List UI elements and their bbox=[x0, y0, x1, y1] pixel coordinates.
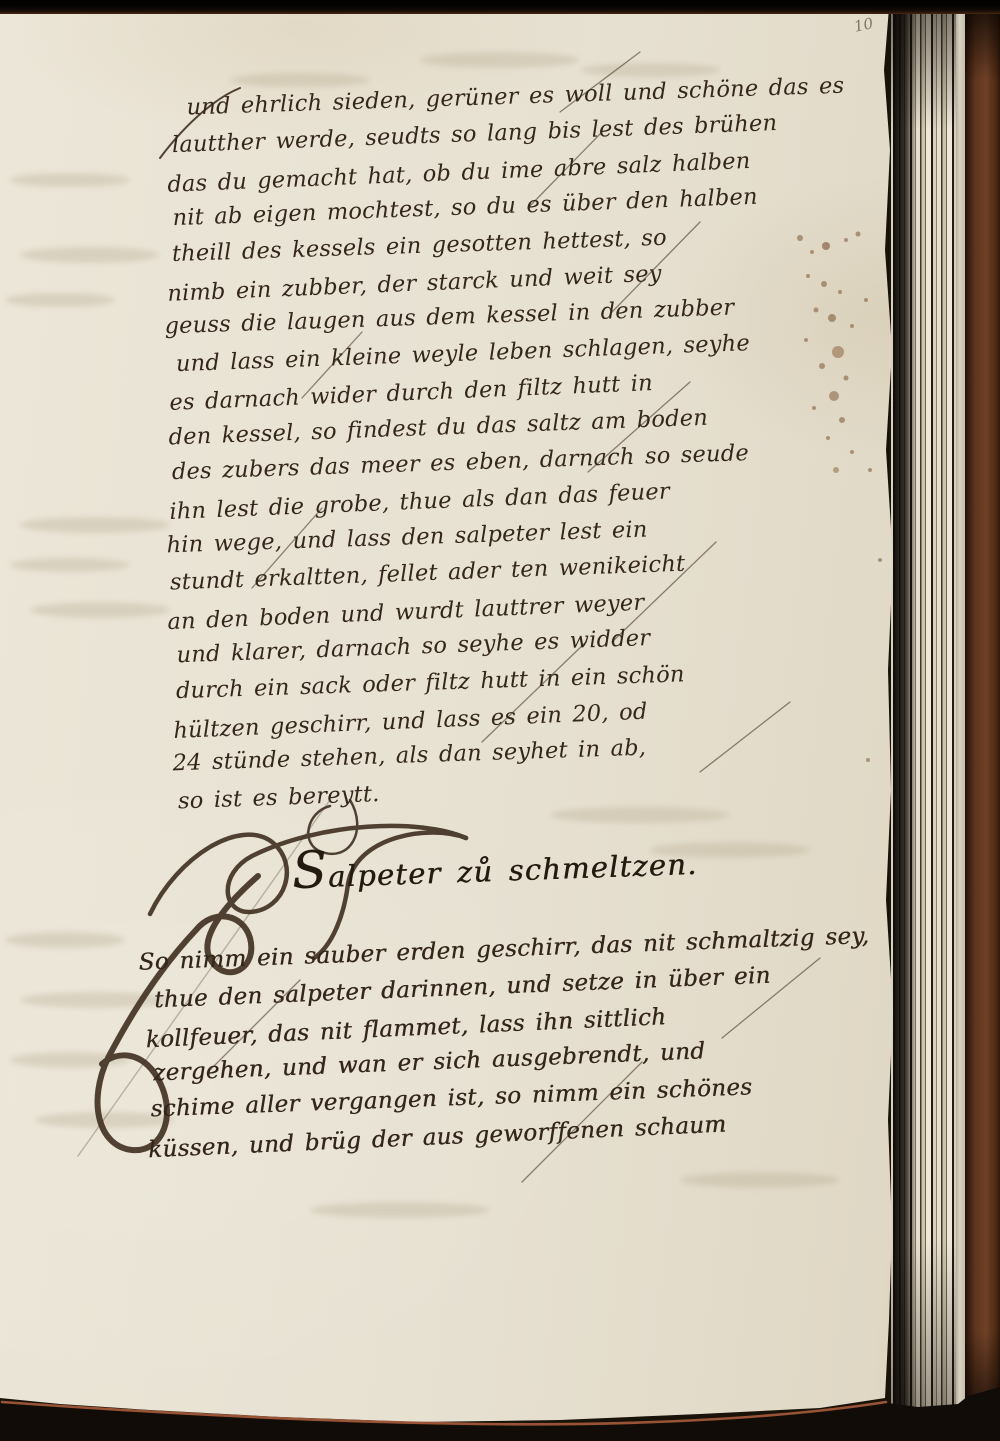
manuscript-photo: und ehrlich sieden, gerüner es woll und … bbox=[0, 0, 1000, 1441]
paragraph-block-2: So nimm ein sauber erden geschirr, das n… bbox=[138, 918, 854, 1167]
leather-binding bbox=[965, 0, 1000, 1441]
paragraph-block-1: und ehrlich sieden, gerüner es woll und … bbox=[148, 67, 866, 820]
page-edge-shadow bbox=[893, 0, 917, 1441]
endpaper-strip bbox=[956, 0, 965, 1441]
photo-top-shadow bbox=[0, 0, 1000, 14]
